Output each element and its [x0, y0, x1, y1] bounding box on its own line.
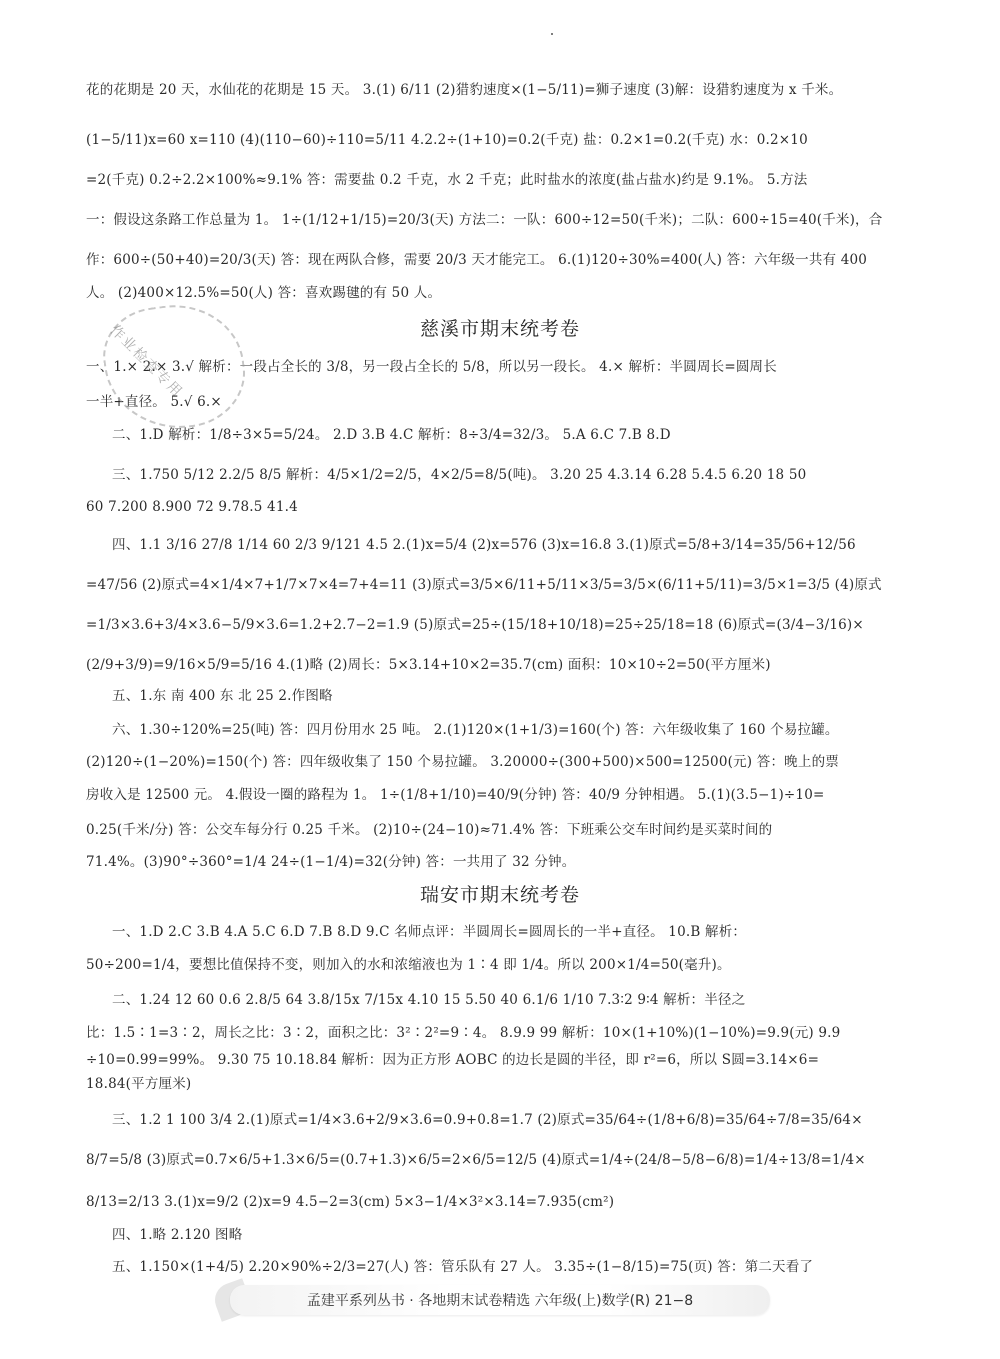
text-line: 五、1.150×(1+4/5) 2.20×90%÷2/3=27(人) 答：管乐队…	[112, 1257, 942, 1277]
footer-text: 孟建平系列丛书 · 各地期末试卷精选 六年级(上)数学(R) 21−8	[307, 1290, 693, 1310]
text-line: 三、1.2 1 100 3/4 2.(1)原式=1/4×3.6+2/9×3.6=…	[112, 1110, 942, 1130]
text-line: 二、1.D 解析：1/8÷3×5=5/24。 2.D 3.B 4.C 解析：8÷…	[112, 425, 942, 445]
text-line: 房收入是 12500 元。 4.假设一圈的路程为 1。 1÷(1/8+1/10)…	[86, 785, 916, 805]
page-footer: 孟建平系列丛书 · 各地期末试卷精选 六年级(上)数学(R) 21−8	[230, 1285, 770, 1315]
text-line: 四、1.1 3/16 27/8 1/14 60 2/3 9/121 4.5 2.…	[112, 535, 942, 555]
text-line: ÷10=0.99=99%。 9.30 75 10.18.84 解析：因为正方形 …	[86, 1050, 916, 1070]
section-title-ruian: 瑞安市期末统考卷	[0, 880, 1000, 907]
text-line: 71.4%。(3)90°÷360°=1/4 24÷(1−1/4)=32(分钟) …	[86, 852, 916, 872]
text-line: 一、1.D 2.C 3.B 4.A 5.C 6.D 7.B 8.D 9.C 名师…	[112, 922, 942, 942]
text-line: (1−5/11)x=60 x=110 (4)(110−60)÷110=5/11 …	[86, 130, 916, 150]
scan-dot	[551, 33, 553, 35]
answer-key-page: 花的花期是 20 天，水仙花的花期是 15 天。 3.(1) 6/11 (2)猎…	[0, 0, 1000, 1359]
text-line: (2)120÷(1−20%)=150(个) 答：四年级收集了 150 个易拉罐。…	[86, 752, 916, 772]
text-line: =1/3×3.6+3/4×3.6−5/9×3.6=1.2+2.7−2=1.9 (…	[86, 615, 916, 635]
text-line: 8/7=5/8 (3)原式=0.7×6/5+1.3×6/5=(0.7+1.3)×…	[86, 1150, 916, 1170]
text-line: 三、1.750 5/12 2.2/5 8/5 解析：4/5×1/2=2/5，4×…	[112, 465, 942, 485]
text-line: =2(千克) 0.2÷2.2×100%≈9.1% 答：需要盐 0.2 千克，水 …	[86, 170, 916, 190]
text-line: 8/13=2/13 3.(1)x=9/2 (2)x=9 4.5−2=3(cm) …	[86, 1192, 916, 1212]
text-line: 比：1.5∶1=3∶2，周长之比：3∶2，面积之比：3²∶2²=9∶4。 8.9…	[86, 1023, 916, 1043]
text-line: 四、1.略 2.120 图略	[112, 1225, 942, 1245]
text-line: 一：假设这条路工作总量为 1。 1÷(1/12+1/15)=20/3(天) 方法…	[86, 210, 916, 230]
text-line: (2/9+3/9)=9/16×5/9=5/16 4.(1)略 (2)周长：5×3…	[86, 655, 916, 675]
text-line: 60 7.200 8.900 72 9.78.5 41.4	[86, 497, 916, 517]
text-line: 50÷200=1/4，要想比值保持不变，则加入的水和浓缩液也为 1∶4 即 1/…	[86, 955, 916, 975]
text-line: 花的花期是 20 天，水仙花的花期是 15 天。 3.(1) 6/11 (2)猎…	[86, 80, 916, 100]
text-line: 二、1.24 12 60 0.6 2.8/5 64 3.8/15x 7/15x …	[112, 990, 942, 1010]
text-line: 作：600÷(50+40)=20/3(天) 答：现在两队合修，需要 20/3 天…	[86, 250, 916, 270]
text-line: =47/56 (2)原式=4×1/4×7+1/7×7×4=7+4=11 (3)原…	[86, 575, 916, 595]
text-line: 六、1.30÷120%=25(吨) 答：四月份用水 25 吨。 2.(1)120…	[112, 720, 942, 740]
text-line: 五、1.东 南 400 东 北 25 2.作图略	[112, 686, 942, 706]
text-line: 18.84(平方厘米)	[86, 1074, 916, 1094]
text-line: 0.25(千米/分) 答：公交车每分行 0.25 千米。 (2)10÷(24−1…	[86, 820, 916, 840]
text-line: 人。 (2)400×12.5%=50(人) 答：喜欢踢毽的有 50 人。	[86, 283, 916, 303]
